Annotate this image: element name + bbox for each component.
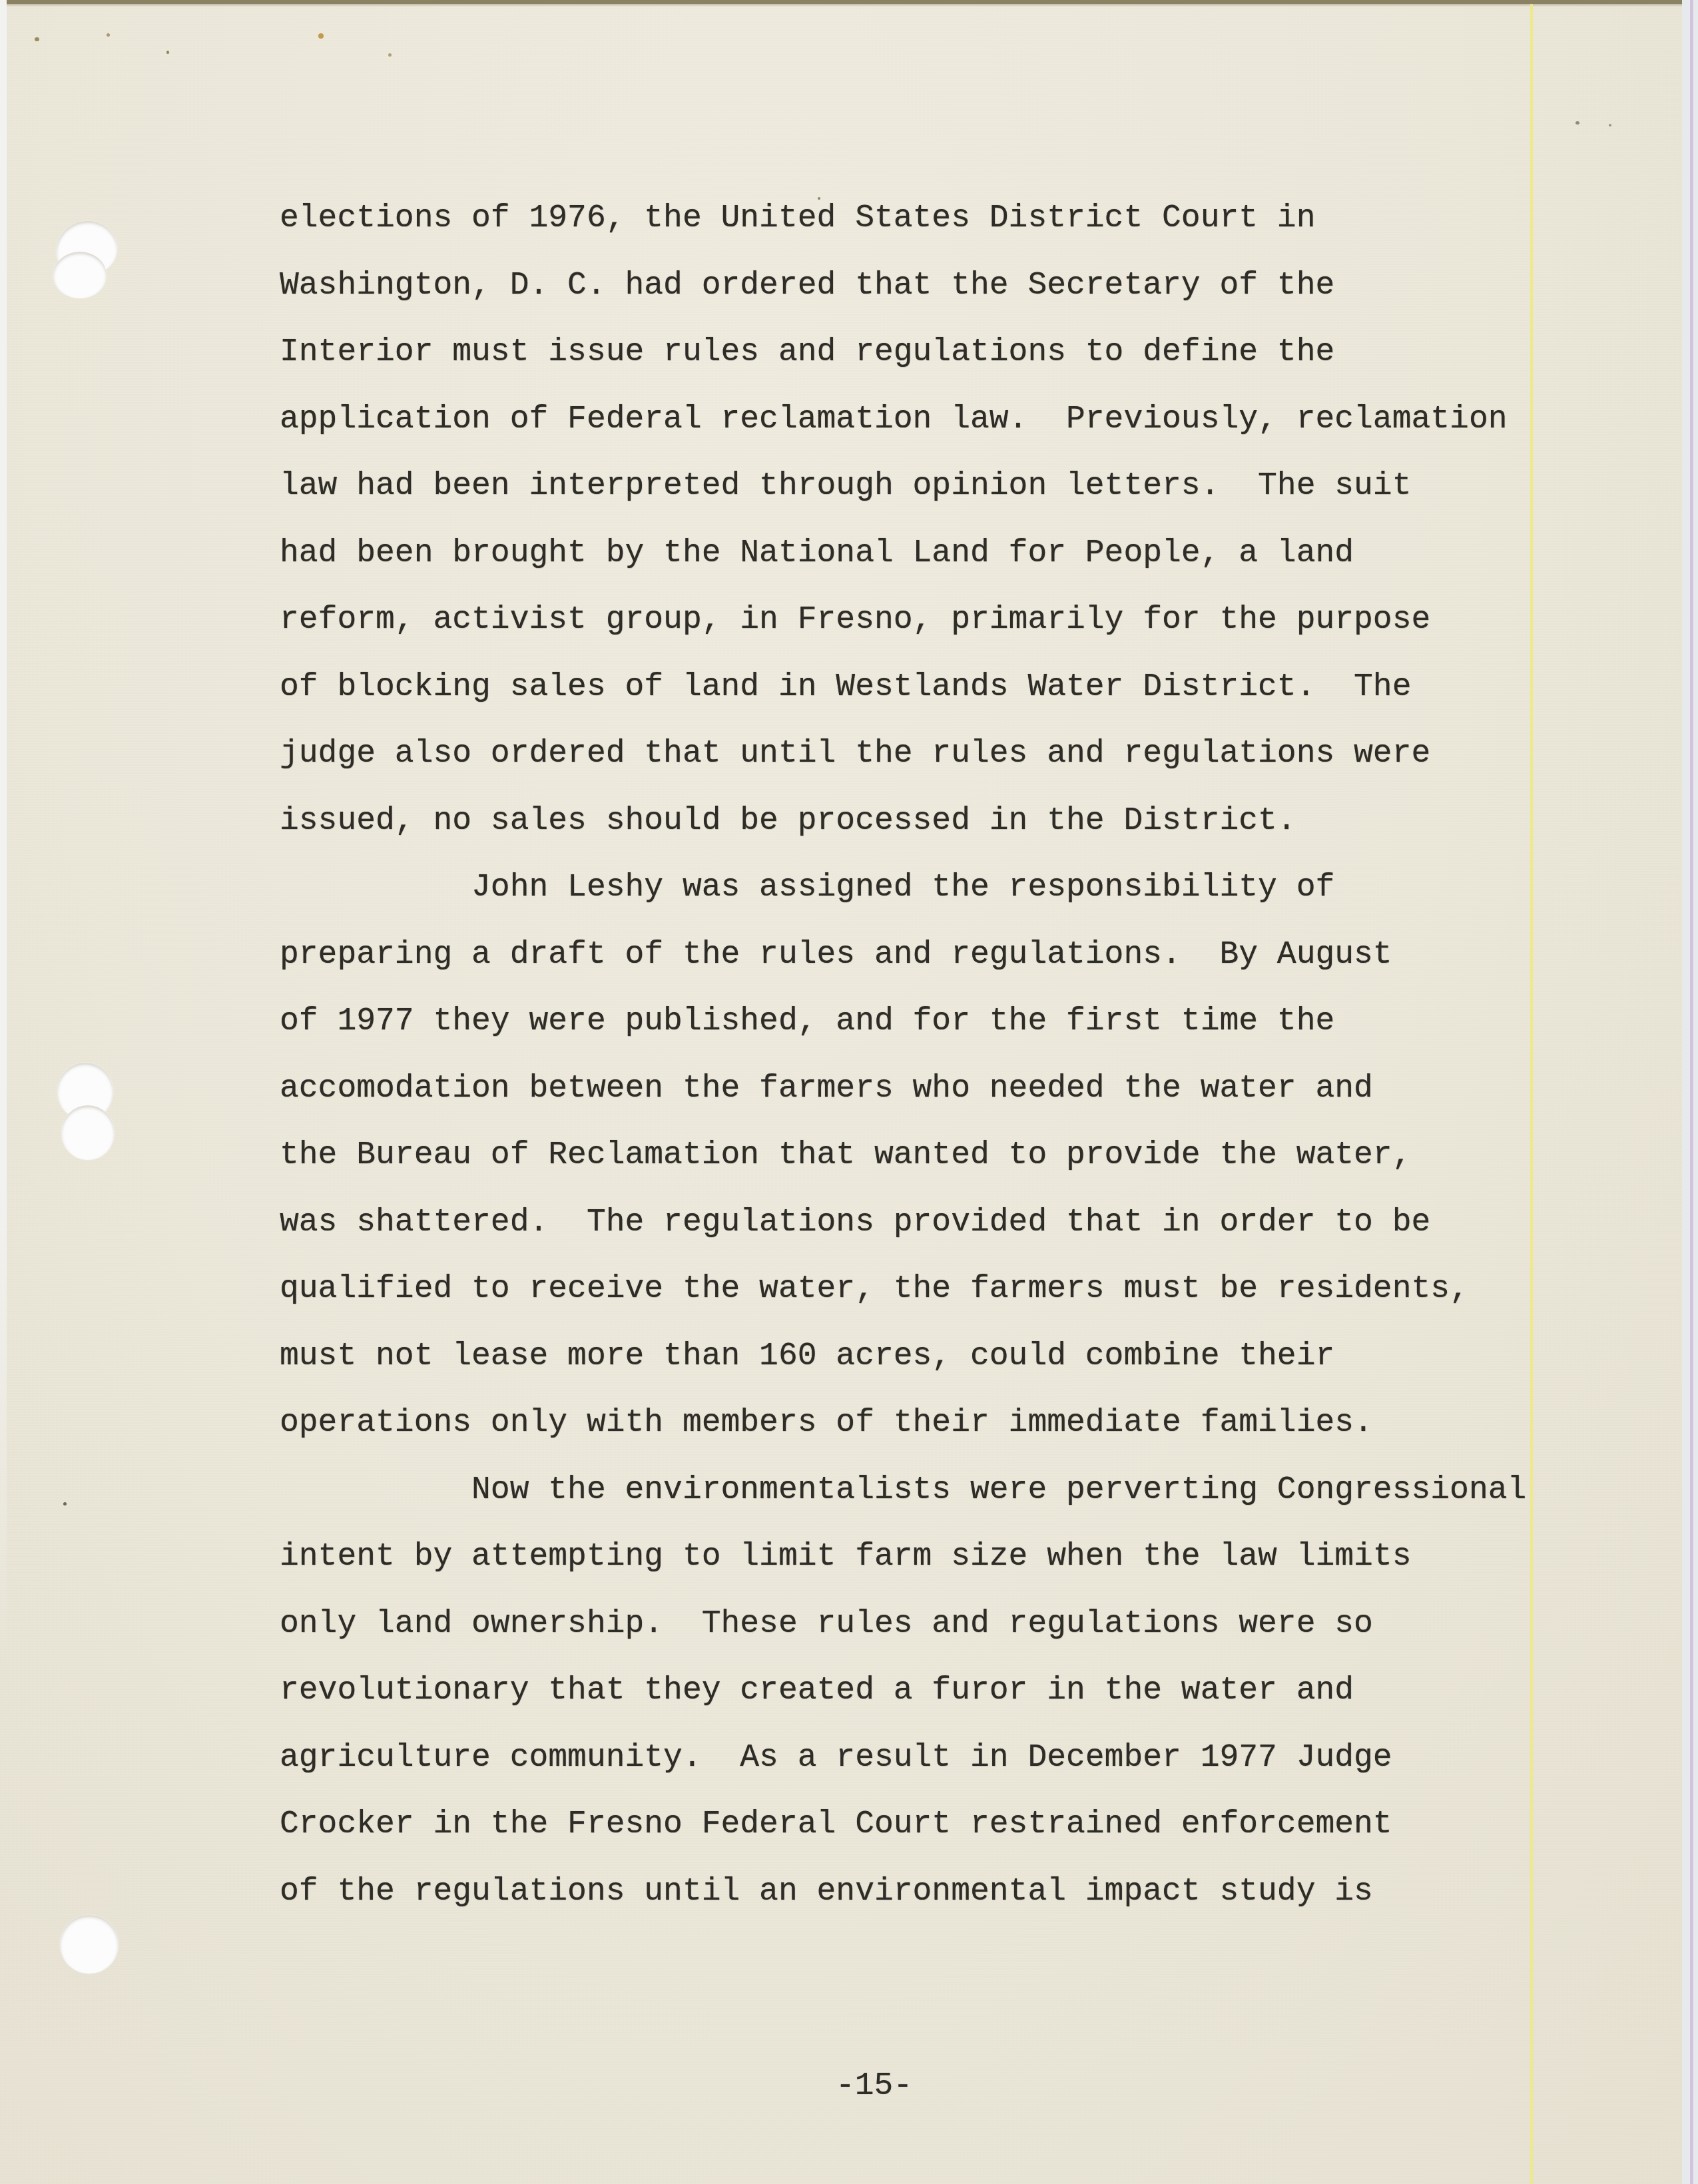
paper-speck [388,53,392,57]
text-line: agriculture community. As a result in De… [280,1725,1526,1792]
text-line: had been brought by the National Land fo… [280,520,1526,587]
hole-punch-middle-lobe [61,1105,115,1160]
text-line: intent by attempting to limit farm size … [280,1523,1526,1591]
text-line: application of Federal reclamation law. … [280,386,1526,453]
text-line: revolutionary that they created a furor … [280,1657,1526,1725]
paper-speck [63,1502,67,1505]
paper-speck [1609,124,1611,127]
paper-speck [107,33,110,37]
text-line: of 1977 they were published, and for the… [280,988,1526,1055]
adjacent-page-edge-line [1690,0,1693,2184]
text-line: Now the environmentalists were pervertin… [280,1457,1526,1524]
typed-text: elections of 1976, the United States Dis… [280,185,1526,1925]
paper-speck [1575,121,1579,125]
text-line: judge also ordered that until the rules … [280,720,1526,788]
text-line: Crocker in the Fresno Federal Court rest… [280,1791,1526,1858]
text-line: Interior must issue rules and regulation… [280,319,1526,386]
text-line: only land ownership. These rules and reg… [280,1591,1526,1658]
text-line: of blocking sales of land in Westlands W… [280,654,1526,721]
scan-left-edge [0,0,7,1665]
text-line: John Leshy was assigned the responsibili… [280,854,1526,922]
text-line: qualified to receive the water, the farm… [280,1256,1526,1323]
text-line: issued, no sales should be processed in … [280,788,1526,855]
text-line: operations only with members of their im… [280,1390,1526,1457]
text-line: of the regulations until an environmenta… [280,1858,1526,1926]
paper-speck [318,33,324,39]
text-line: elections of 1976, the United States Dis… [280,185,1526,252]
text-line: preparing a draft of the rules and regul… [280,922,1526,989]
hole-punch-top-lobe [53,252,107,298]
text-line: Washington, D. C. had ordered that the S… [280,252,1526,320]
text-line: the Bureau of Reclamation that wanted to… [280,1122,1526,1189]
text-line: reform, activist group, in Fresno, prima… [280,587,1526,654]
hole-punch-bottom [60,1915,119,1974]
paper-crease-yellow-line [1530,4,1533,2184]
text-line: must not lease more than 160 acres, coul… [280,1323,1526,1390]
text-line: accomodation between the farmers who nee… [280,1055,1526,1123]
paper-speck [166,51,169,54]
scan-top-edge [0,0,1698,4]
text-line: was shattered. The regulations provided … [280,1189,1526,1256]
page-number: -15- [836,2053,912,2119]
paper-speck [35,37,39,41]
text-line: law had been interpreted through opinion… [280,453,1526,520]
